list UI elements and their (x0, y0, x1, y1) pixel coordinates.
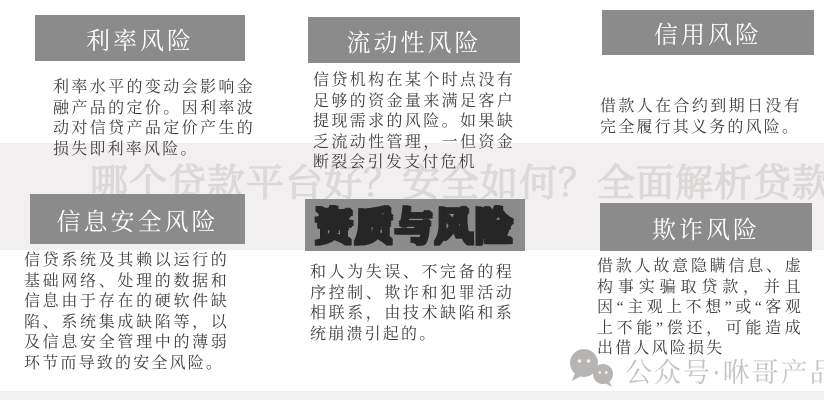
wechat-icon (565, 346, 617, 395)
center-title-text: 资质与风险 (315, 196, 515, 251)
wechat-badge: 公众号·咻哥产品 (565, 346, 824, 395)
risk-infographic: 哪个贷款平台好？安全如何？全面解析贷款 利率风险 利率水平的变动会影响金融产品的… (0, 0, 824, 400)
body-info-security-risk: 信贷系统及其赖以运行的基础网络、处理的数据和信息由于存在的硬软件缺陷、系统集成缺… (24, 251, 229, 374)
header-fraud-risk: 欺诈风险 (600, 203, 812, 251)
body-fraud-risk: 借款人故意隐瞒信息、虚构事实骗取贷款，并且因“主观上不想”或“客观上不能”偿还，… (597, 257, 803, 360)
header-center-title-card: 资质与风险 (305, 199, 525, 251)
body-operational-risk: 和人为失误、不完备的程序控制、欺诈和犯罪活动相联系，由技术缺陷和系统崩溃引起的。 (310, 263, 514, 345)
header-info-security-risk: 信息安全风险 (30, 194, 245, 244)
header-interest-rate-risk: 利率风险 (35, 15, 245, 61)
body-liquidity-risk: 信贷机构在某个时点没有足够的资金量来满足客户提现需求的风险。如果缺乏流动性管理，… (313, 71, 515, 174)
header-liquidity-risk: 流动性风险 (308, 17, 520, 63)
body-credit-risk: 借款人在合约到期日没有完全履行其义务的风险。 (600, 97, 802, 138)
wechat-label: 公众号·咻哥产品 (625, 351, 824, 390)
body-interest-rate-risk: 利率水平的变动会影响金融产品的定价。因利率波动对信贷产品定价产生的损失即利率风险… (53, 78, 255, 160)
header-credit-risk: 信用风险 (602, 10, 814, 55)
